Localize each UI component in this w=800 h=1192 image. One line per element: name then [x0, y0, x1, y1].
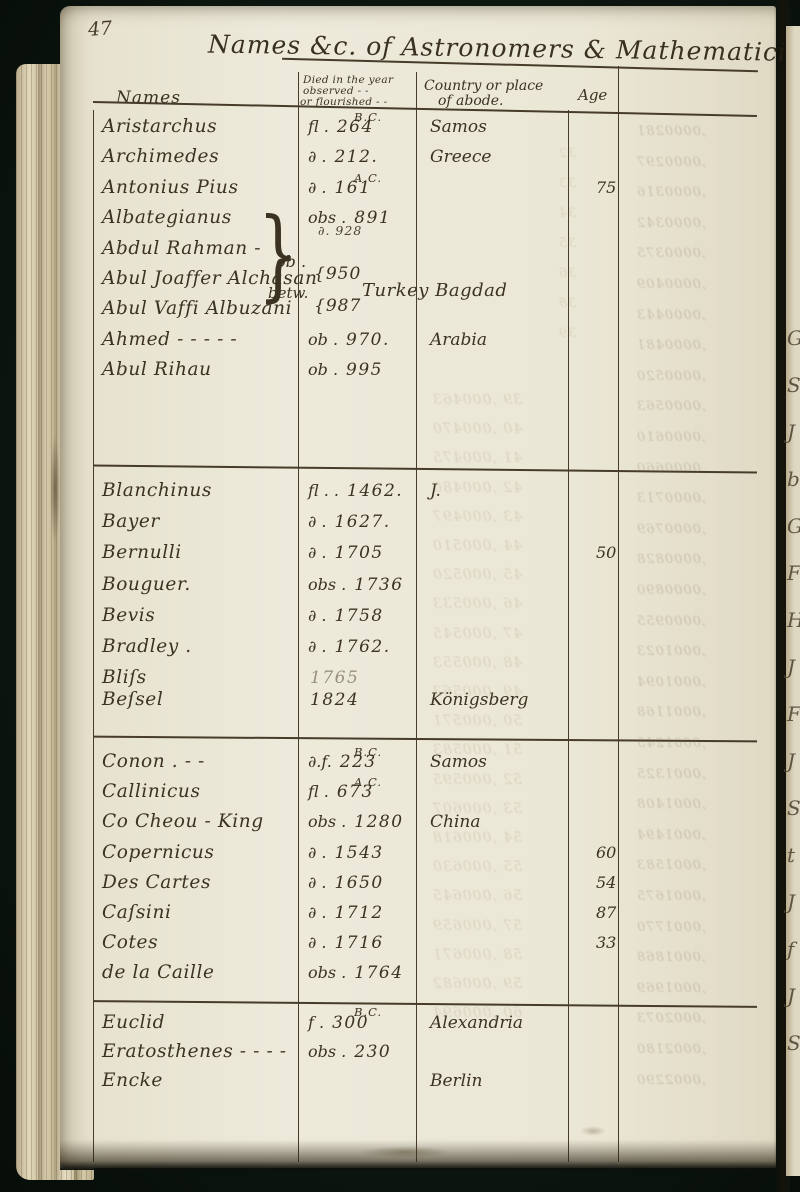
bleedthrough-text: 51 ,000583 — [432, 742, 522, 758]
bleedthrough-text: 39 — [558, 326, 577, 341]
next-page-letter: t — [787, 843, 795, 867]
next-page-letter: J — [787, 984, 795, 1008]
bleedthrough-text: ,0000660 — [636, 461, 706, 476]
date-value: 1712 — [334, 903, 383, 923]
date-prefix: ∂ . — [308, 933, 326, 952]
bleedthrough-text: 50 ,000571 — [432, 713, 522, 729]
date-prefix: ∂ . — [308, 512, 326, 531]
column-header-names: Names — [116, 88, 181, 108]
era-label: B.C. — [354, 998, 382, 1027]
date-prefix: ∂ . — [308, 178, 326, 197]
next-page-letter: S — [787, 1031, 800, 1055]
era-label: A.C. — [354, 767, 382, 797]
bleedthrough-text: 58 ,000671 — [432, 947, 522, 963]
page-edge-strip — [16, 64, 38, 1180]
page-title: Names &c. of Astronomers & Mathematician… — [208, 30, 800, 68]
era-label: B.C. — [354, 737, 382, 767]
bleedthrough-text: ,0000713 — [636, 491, 706, 506]
bleedthrough-text: 39 ,000463 — [432, 392, 522, 408]
astronomer-name: Beſsel — [60, 684, 302, 715]
bleedthrough-text: ,0000409 — [636, 277, 706, 292]
bleedthrough-text: 32 — [558, 146, 577, 161]
astronomer-name: Euclid — [60, 1008, 302, 1037]
date-value: 1736 — [354, 575, 403, 595]
date-prefix: obs . — [308, 963, 346, 982]
bleedthrough-text: 41 ,000475 — [432, 450, 522, 466]
bleedthrough-text: 36 — [558, 266, 577, 281]
bleedthrough-text: ,0002290 — [636, 1073, 706, 1088]
bleedthrough-text: ,0000610 — [636, 430, 706, 445]
group-year-2: {987 — [314, 296, 361, 316]
astronomer-name: Ahmed - - - - - — [60, 325, 302, 355]
bleedthrough-text: ,0000342 — [636, 216, 706, 231]
date-cell: obs .1764 — [302, 958, 420, 988]
next-page-letter: f — [787, 937, 794, 961]
bleedthrough-text: 42 ,000480 — [432, 480, 522, 496]
date-prefix: ∂ . — [308, 606, 326, 625]
date-cell: obs .230 — [302, 1037, 420, 1067]
group-betw-label: betw. — [268, 284, 308, 302]
separator-rule-3 — [93, 1000, 757, 1007]
astronomer-name: Bernulli — [60, 537, 302, 568]
date-value: 1650 — [334, 873, 383, 893]
astronomer-name: Caſsini — [60, 898, 302, 928]
date-cell: B.C.fl .264 — [302, 112, 420, 142]
astronomer-name: Abul Rihau — [60, 355, 302, 385]
bleedthrough-text: 43 ,000497 — [432, 509, 522, 525]
date-cell: ∂ .1705 — [302, 537, 420, 569]
era-label: B.C. — [354, 102, 382, 132]
next-page-sliver: GSJbGFHJFJStJfJS — [786, 26, 800, 1176]
date-prefix: ob . — [308, 330, 338, 349]
astronomer-name: Conon . - - — [60, 747, 302, 777]
date-prefix: ∂.f. — [308, 752, 332, 771]
next-page-letter: J — [787, 655, 795, 679]
bleedthrough-text: ,0001168 — [636, 705, 706, 720]
date-value: 1758 — [334, 606, 383, 626]
astronomer-name: Des Cartes — [60, 868, 302, 898]
bleedthrough-text: ,0000481 — [636, 338, 706, 353]
date-value: 1705 — [334, 543, 383, 563]
age-value: 50 — [582, 537, 642, 568]
bleedthrough-text: 48 ,000553 — [432, 655, 522, 671]
bleedthrough-text: ,0001770 — [636, 920, 706, 935]
age-value: 87 — [582, 898, 642, 928]
date-cell: ob .995 — [302, 355, 420, 385]
astronomer-name: de la Caille — [60, 958, 302, 988]
paper-stain — [360, 1146, 450, 1158]
date-value: 995 — [346, 360, 383, 380]
bleedthrough-text: ,0000316 — [636, 185, 706, 200]
column-header-country-line1: Country or place — [424, 78, 543, 94]
age-value: 75 — [582, 173, 642, 203]
bleedthrough-text: ,0000281 — [636, 124, 706, 139]
date-prefix: obs . — [308, 1042, 346, 1061]
bleedthrough-text: 40 ,000470 — [432, 421, 522, 437]
date-prefix: obs . — [308, 575, 346, 594]
bleedthrough-text: ,0000890 — [636, 583, 706, 598]
date-cell: ∂ .1762. — [302, 631, 420, 663]
date-cell: obs .1736 — [302, 569, 420, 601]
date-value: 970. — [346, 330, 390, 350]
bleedthrough-text: 56 ,000645 — [432, 888, 522, 904]
date-value: 1280 — [354, 812, 403, 832]
bleedthrough-text: 33 — [558, 176, 577, 191]
next-page-letter: G — [787, 514, 800, 538]
next-page-letter: S — [787, 796, 800, 820]
astronomer-name: Eratosthenes - - - - — [60, 1037, 302, 1066]
date-cell: ob .970. — [302, 325, 420, 355]
bleedthrough-text: ,0001023 — [636, 644, 706, 659]
country-of-abode: Berlin — [420, 1067, 582, 1096]
bleedthrough-text: ,0001583 — [636, 858, 706, 873]
bleedthrough-text: 47 ,000545 — [432, 626, 522, 642]
group-year-1: {950 — [314, 264, 361, 284]
date-value: 1762. — [334, 637, 390, 657]
date-cell: obs .1280 — [302, 807, 420, 837]
column-header-age: Age — [578, 86, 607, 104]
bleedthrough-text: ,0001969 — [636, 981, 706, 996]
next-page-letter: S — [787, 373, 800, 397]
date-value: 1716 — [334, 933, 383, 953]
bleedthrough-text: 54 ,000618 — [432, 830, 522, 846]
next-page-letter: F — [787, 702, 800, 726]
date-prefix: ∂ . — [308, 903, 326, 922]
bleedthrough-text: 45 ,000520 — [432, 567, 522, 583]
bleedthrough-text: 59 ,000682 — [432, 976, 522, 992]
date-prefix: ∂ . — [308, 637, 326, 656]
bleedthrough-text: 57 ,000659 — [432, 918, 522, 934]
bleedthrough-text: ,0000769 — [636, 522, 706, 537]
astronomer-name: Co Cheou - King — [60, 807, 302, 837]
date-cell: ∂ .1650 — [302, 868, 420, 898]
edge-smudge — [50, 434, 60, 544]
bleedthrough-text: ,0000828 — [636, 552, 706, 567]
astronomer-name: Bevis — [60, 600, 302, 631]
bleedthrough-text: ,0000375 — [636, 246, 706, 261]
bleedthrough-text: 34 — [558, 206, 577, 221]
bleedthrough-text: ,0001245 — [636, 736, 706, 751]
date-cell: B.C.f .300 — [302, 1008, 420, 1038]
bleedthrough-text: 53 ,000607 — [432, 801, 522, 817]
date-value: 1462. — [347, 481, 403, 501]
bleedthrough-text: ,0000955 — [636, 614, 706, 629]
bleedthrough-text: 52 ,000595 — [432, 772, 522, 788]
astronomer-name: Aristarchus — [60, 112, 302, 142]
bleedthrough-text: ,0001094 — [636, 675, 706, 690]
bleedthrough-text: 55 ,000630 — [432, 859, 522, 875]
date-prefix: ∂ . — [308, 543, 326, 562]
next-page-letter: F — [787, 561, 800, 585]
bleedthrough-text: 49 ,000563 — [432, 684, 522, 700]
bleedthrough-text: ,0000297 — [636, 155, 706, 170]
date-cell: 1824 — [302, 684, 420, 716]
date-cell: fl . .1462. — [302, 475, 420, 507]
bleedthrough-text: ,0001408 — [636, 797, 706, 812]
bleedthrough-text: ,0000520 — [636, 369, 706, 384]
bleedthrough-text: ,0002180 — [636, 1042, 706, 1057]
date-prefix: ob . — [308, 360, 338, 379]
date-prefix: f . — [308, 1013, 324, 1032]
astronomer-name: Blanchinus — [60, 475, 302, 506]
column-header-country-line2: of abode. — [438, 93, 504, 109]
bleedthrough-text: 44 ,000510 — [432, 538, 522, 554]
date-value: 1824 — [310, 690, 359, 710]
bleedthrough-text: 35 — [558, 236, 577, 251]
bleedthrough-text: 60 ,000694 — [432, 1005, 522, 1021]
bleedthrough-text: ,0001494 — [636, 828, 706, 843]
date-value: 1543 — [334, 843, 383, 863]
paper-stain — [580, 1126, 606, 1136]
date-cell: ∂ .1758 — [302, 600, 420, 632]
age-value: 60 — [582, 838, 642, 868]
next-page-letter: J — [787, 749, 795, 773]
date-prefix: ∂ . — [308, 147, 326, 166]
age-value: 54 — [582, 868, 642, 898]
group-country: Turkey Bagdad — [362, 280, 507, 301]
astronomer-name: Copernicus — [60, 838, 302, 868]
date-value: 230 — [354, 1042, 391, 1062]
date-prefix: fl . . — [308, 481, 339, 500]
date-cell: ∂ .1716 — [302, 928, 420, 958]
date-cell: A.C.fl .673 — [302, 777, 420, 807]
date-value: 1764 — [354, 963, 403, 983]
page-edge-strip — [38, 64, 54, 1180]
group-ob-label: ob . — [276, 252, 306, 271]
country-of-abode: Samos — [420, 112, 582, 142]
astronomer-name: Bradley . — [60, 631, 302, 662]
bleedthrough-text: ,0001675 — [636, 889, 706, 904]
astronomer-name: Cotes — [60, 928, 302, 958]
next-page-letter: b — [787, 467, 800, 491]
bleedthrough-text: ,0001325 — [636, 767, 706, 782]
bleedthrough-text: 38 — [558, 296, 577, 311]
bleedthrough-text: ,0000443 — [636, 308, 706, 323]
date-cell: ∂ .1712 — [302, 898, 420, 928]
astronomer-name: Archimedes — [60, 142, 302, 172]
date-cell: A.C.∂ .161 — [302, 173, 420, 203]
bleedthrough-text: ,0001868 — [636, 950, 706, 965]
date-prefix: obs . — [308, 812, 346, 831]
date-cell: obs .891∂. 928 — [302, 203, 420, 233]
date-cell: ∂ .1627. — [302, 506, 420, 538]
astronomer-name: Bayer — [60, 506, 302, 537]
astronomer-name: Bouguer. — [60, 569, 302, 600]
date-prefix: ∂ . — [308, 843, 326, 862]
next-page-letter: J — [787, 420, 795, 444]
bleedthrough-text: ,0002073 — [636, 1011, 706, 1026]
page-number: 47 — [87, 17, 113, 41]
next-page-letter: G — [787, 326, 800, 350]
date-prefix: ∂ . — [308, 873, 326, 892]
date-cell: ∂ .1543 — [302, 838, 420, 868]
astronomer-name: Callinicus — [60, 777, 302, 807]
next-page-letter: J — [787, 890, 795, 914]
bleedthrough-text: 46 ,000533 — [432, 596, 522, 612]
date-value: 1627. — [334, 512, 390, 532]
next-page-letter: H — [787, 608, 800, 632]
astronomer-name: Encke — [60, 1066, 302, 1095]
date-prefix: fl . — [308, 117, 329, 136]
date-prefix: fl . — [308, 782, 329, 801]
age-value: 33 — [582, 928, 642, 958]
era-label: A.C. — [354, 163, 382, 193]
bleedthrough-text: ,0000563 — [636, 399, 706, 414]
manuscript-page: 47 Names &c. of Astronomers & Mathematic… — [60, 6, 776, 1168]
